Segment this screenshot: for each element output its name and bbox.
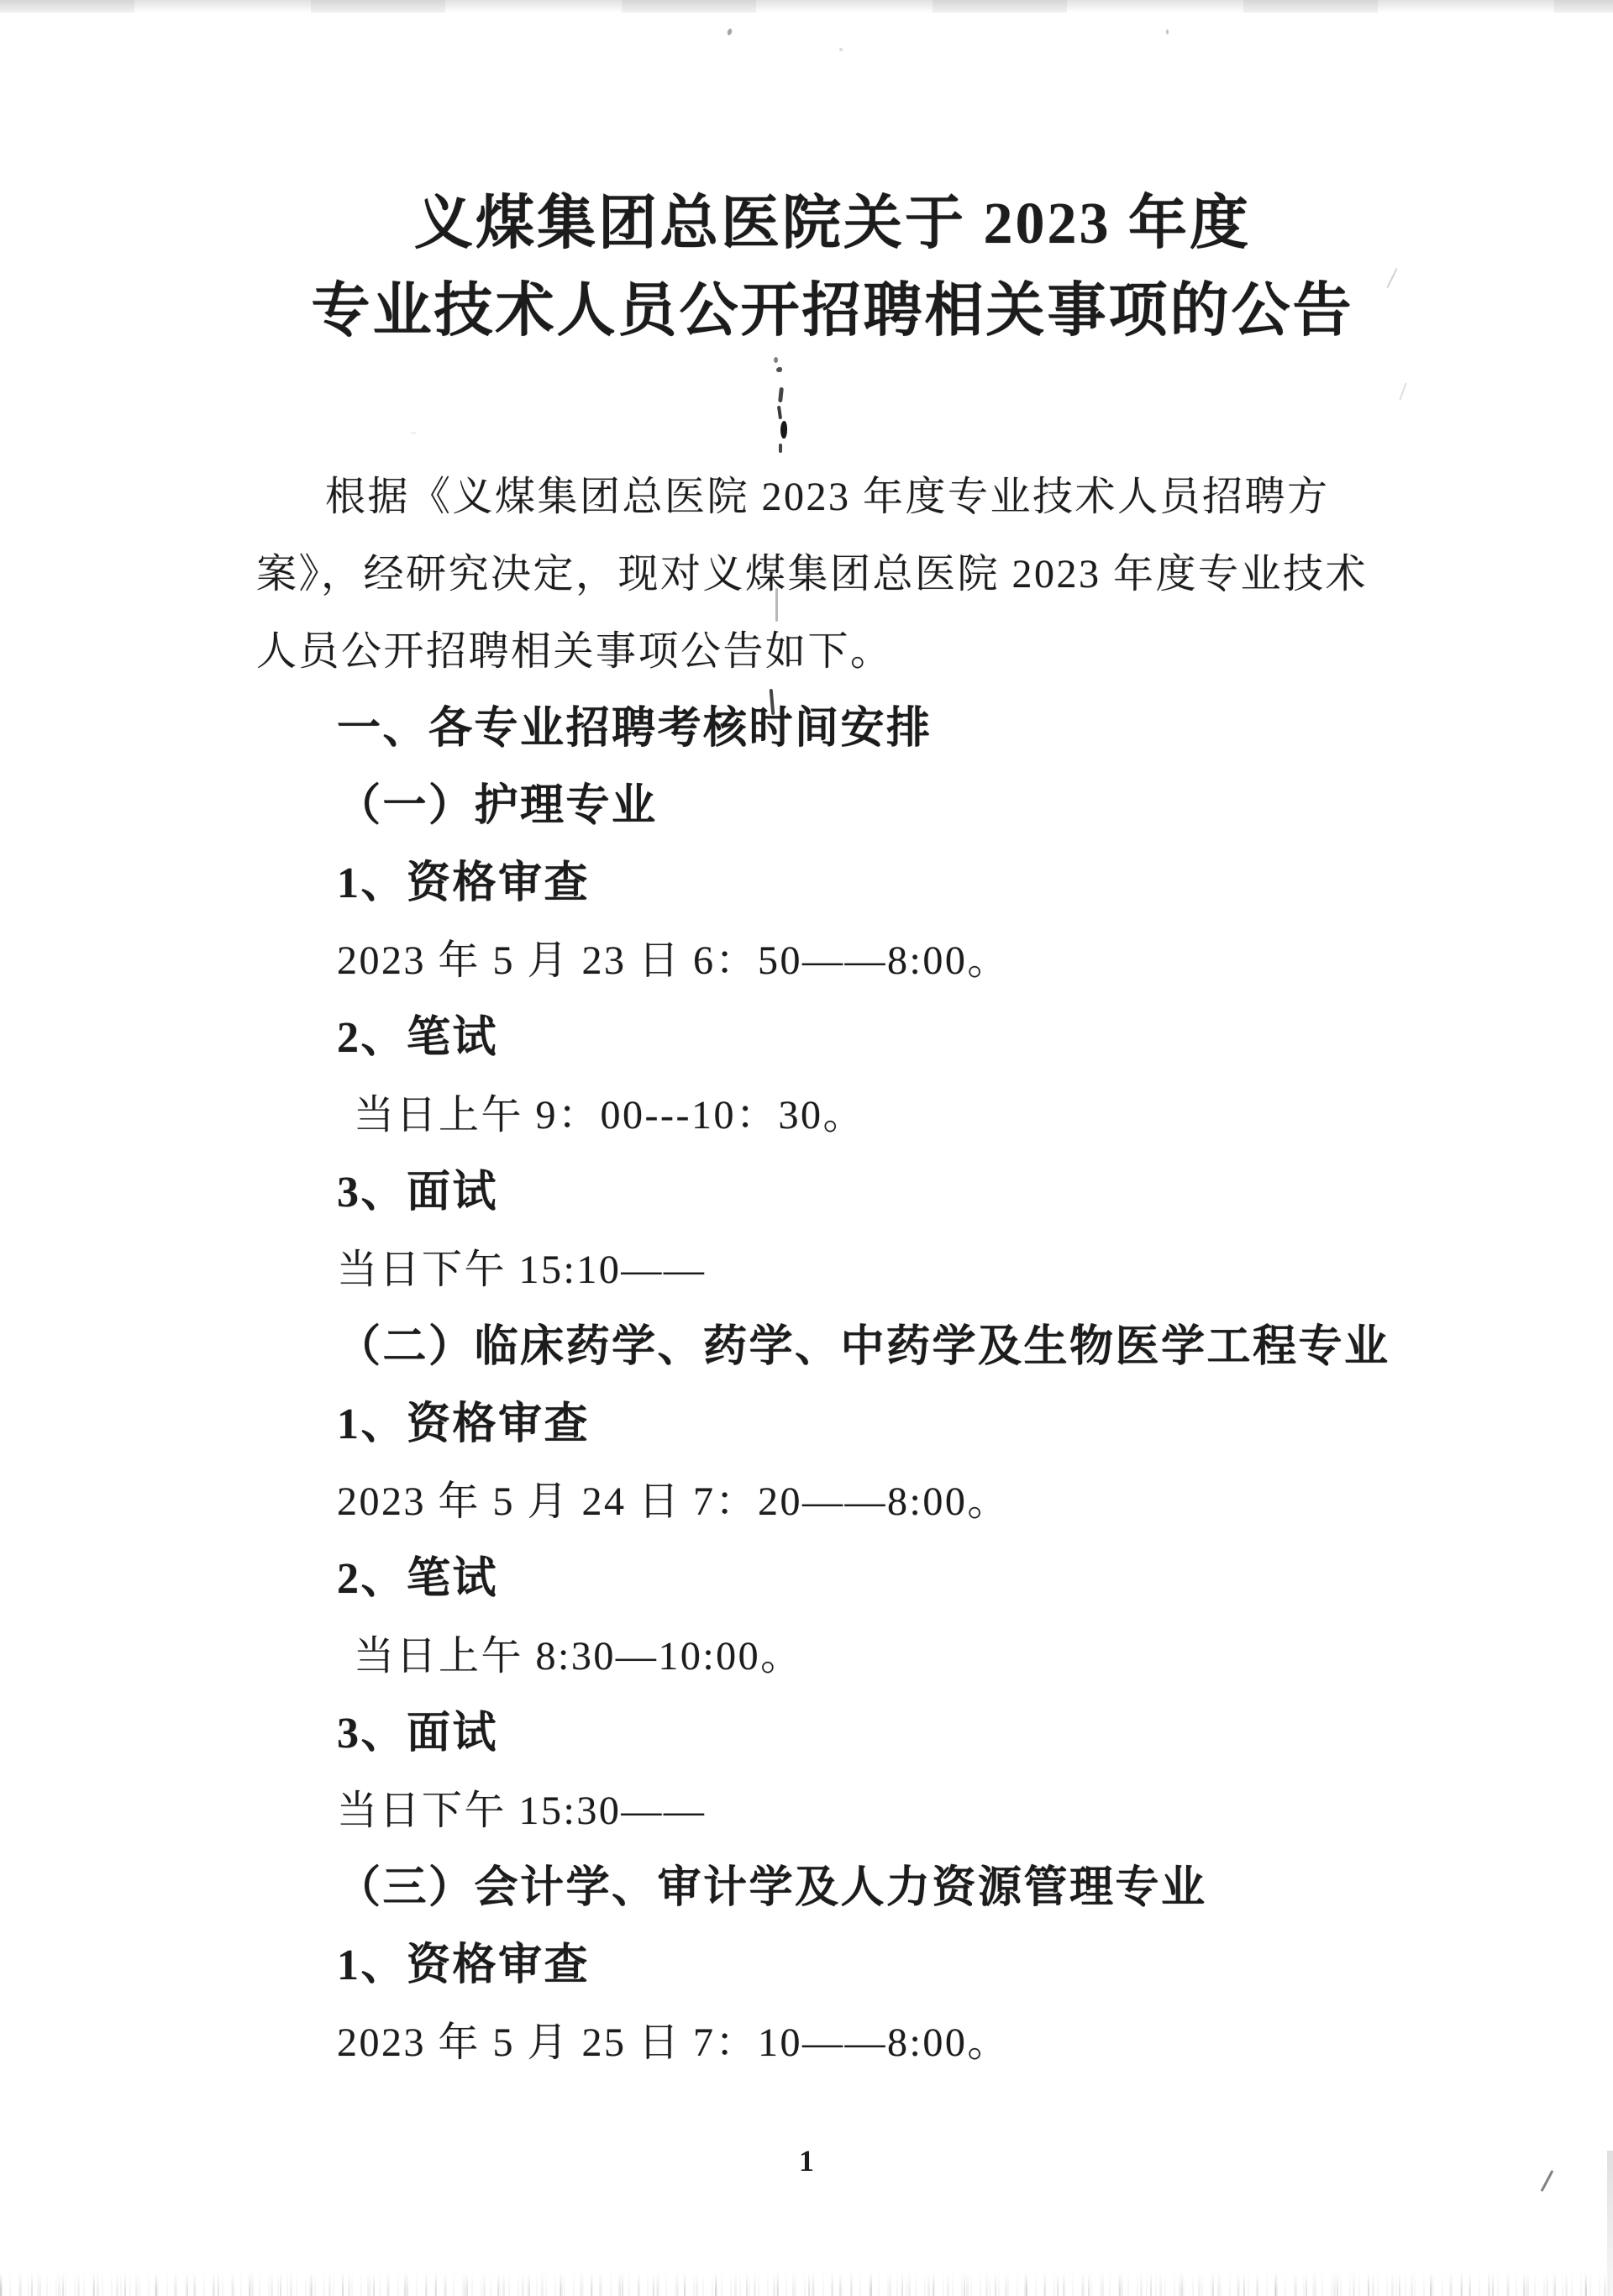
document-body: 根据《义煤集团总医院 2023 年度专业技术人员招聘方 案》，经研究决定，现对义… (256, 459, 1495, 2082)
schedule-time-line: 2023 年 5 月 24 日 7：20——8:00。 (256, 1463, 1495, 1541)
item-heading: 1、资格审查 (256, 1927, 1495, 2004)
ink-smudge (776, 367, 782, 372)
ink-smudge (778, 387, 784, 402)
ink-smudge (777, 406, 782, 419)
dust-speck (411, 432, 417, 434)
schedule-time-line: 2023 年 5 月 25 日 7：10——8:00。 (256, 2004, 1495, 2082)
item-heading: 3、面试 (256, 1695, 1495, 1773)
paragraph-line: 人员公开招聘相关事项公告如下。 (256, 613, 1495, 691)
dust-speck (839, 48, 843, 51)
item-heading: 1、资格审查 (256, 1386, 1495, 1463)
page-number: 1 (0, 2144, 1613, 2178)
subsection-heading: （一）护理专业 (256, 768, 1495, 845)
section-heading: 一、各专业招聘考核时间安排 (256, 691, 1495, 768)
subsection-heading: （三）会计学、审计学及人力资源管理专业 (256, 1850, 1495, 1927)
dust-speck (727, 28, 733, 35)
schedule-time-line: 2023 年 5 月 23 日 6：50——8:00。 (256, 922, 1495, 1000)
scanned-document-page: 义煤集团总医院关于 2023 年度 专业技术人员公开招聘相关事项的公告 根据《义… (0, 0, 1613, 2296)
schedule-time-line: 当日上午 8:30—10:00。 (256, 1618, 1495, 1695)
item-heading: 1、资格审查 (256, 845, 1495, 922)
item-heading: 2、笔试 (256, 1000, 1495, 1077)
scan-edge-top (0, 0, 1613, 13)
paragraph-line: 根据《义煤集团总医院 2023 年度专业技术人员招聘方 (256, 459, 1495, 536)
item-heading: 3、面试 (256, 1154, 1495, 1232)
subsection-heading: （二）临床药学、药学、中药学及生物医学工程专业 (256, 1309, 1495, 1386)
dust-speck (1166, 29, 1169, 34)
ink-smudge (780, 421, 787, 439)
document-title: 义煤集团总医院关于 2023 年度 专业技术人员公开招聘相关事项的公告 (0, 181, 1613, 355)
ink-smudge (779, 444, 782, 453)
ink-smudge (774, 357, 778, 363)
paragraph-line: 案》，经研究决定，现对义煤集团总医院 2023 年度专业技术 (256, 536, 1495, 613)
schedule-time-line: 当日下午 15:30—— (256, 1773, 1495, 1850)
schedule-time-line: 当日下午 15:10—— (256, 1232, 1495, 1309)
scan-edge-right (1607, 2151, 1613, 2296)
faint-pencil-mark (1399, 382, 1406, 400)
item-heading: 2、笔试 (256, 1541, 1495, 1618)
title-line-2: 专业技术人员公开招聘相关事项的公告 (52, 268, 1613, 355)
schedule-time-line: 当日上午 9：00---10：30。 (256, 1077, 1495, 1154)
title-line-1: 义煤集团总医院关于 2023 年度 (52, 181, 1613, 268)
scan-edge-bottom-fade (0, 2269, 1613, 2289)
